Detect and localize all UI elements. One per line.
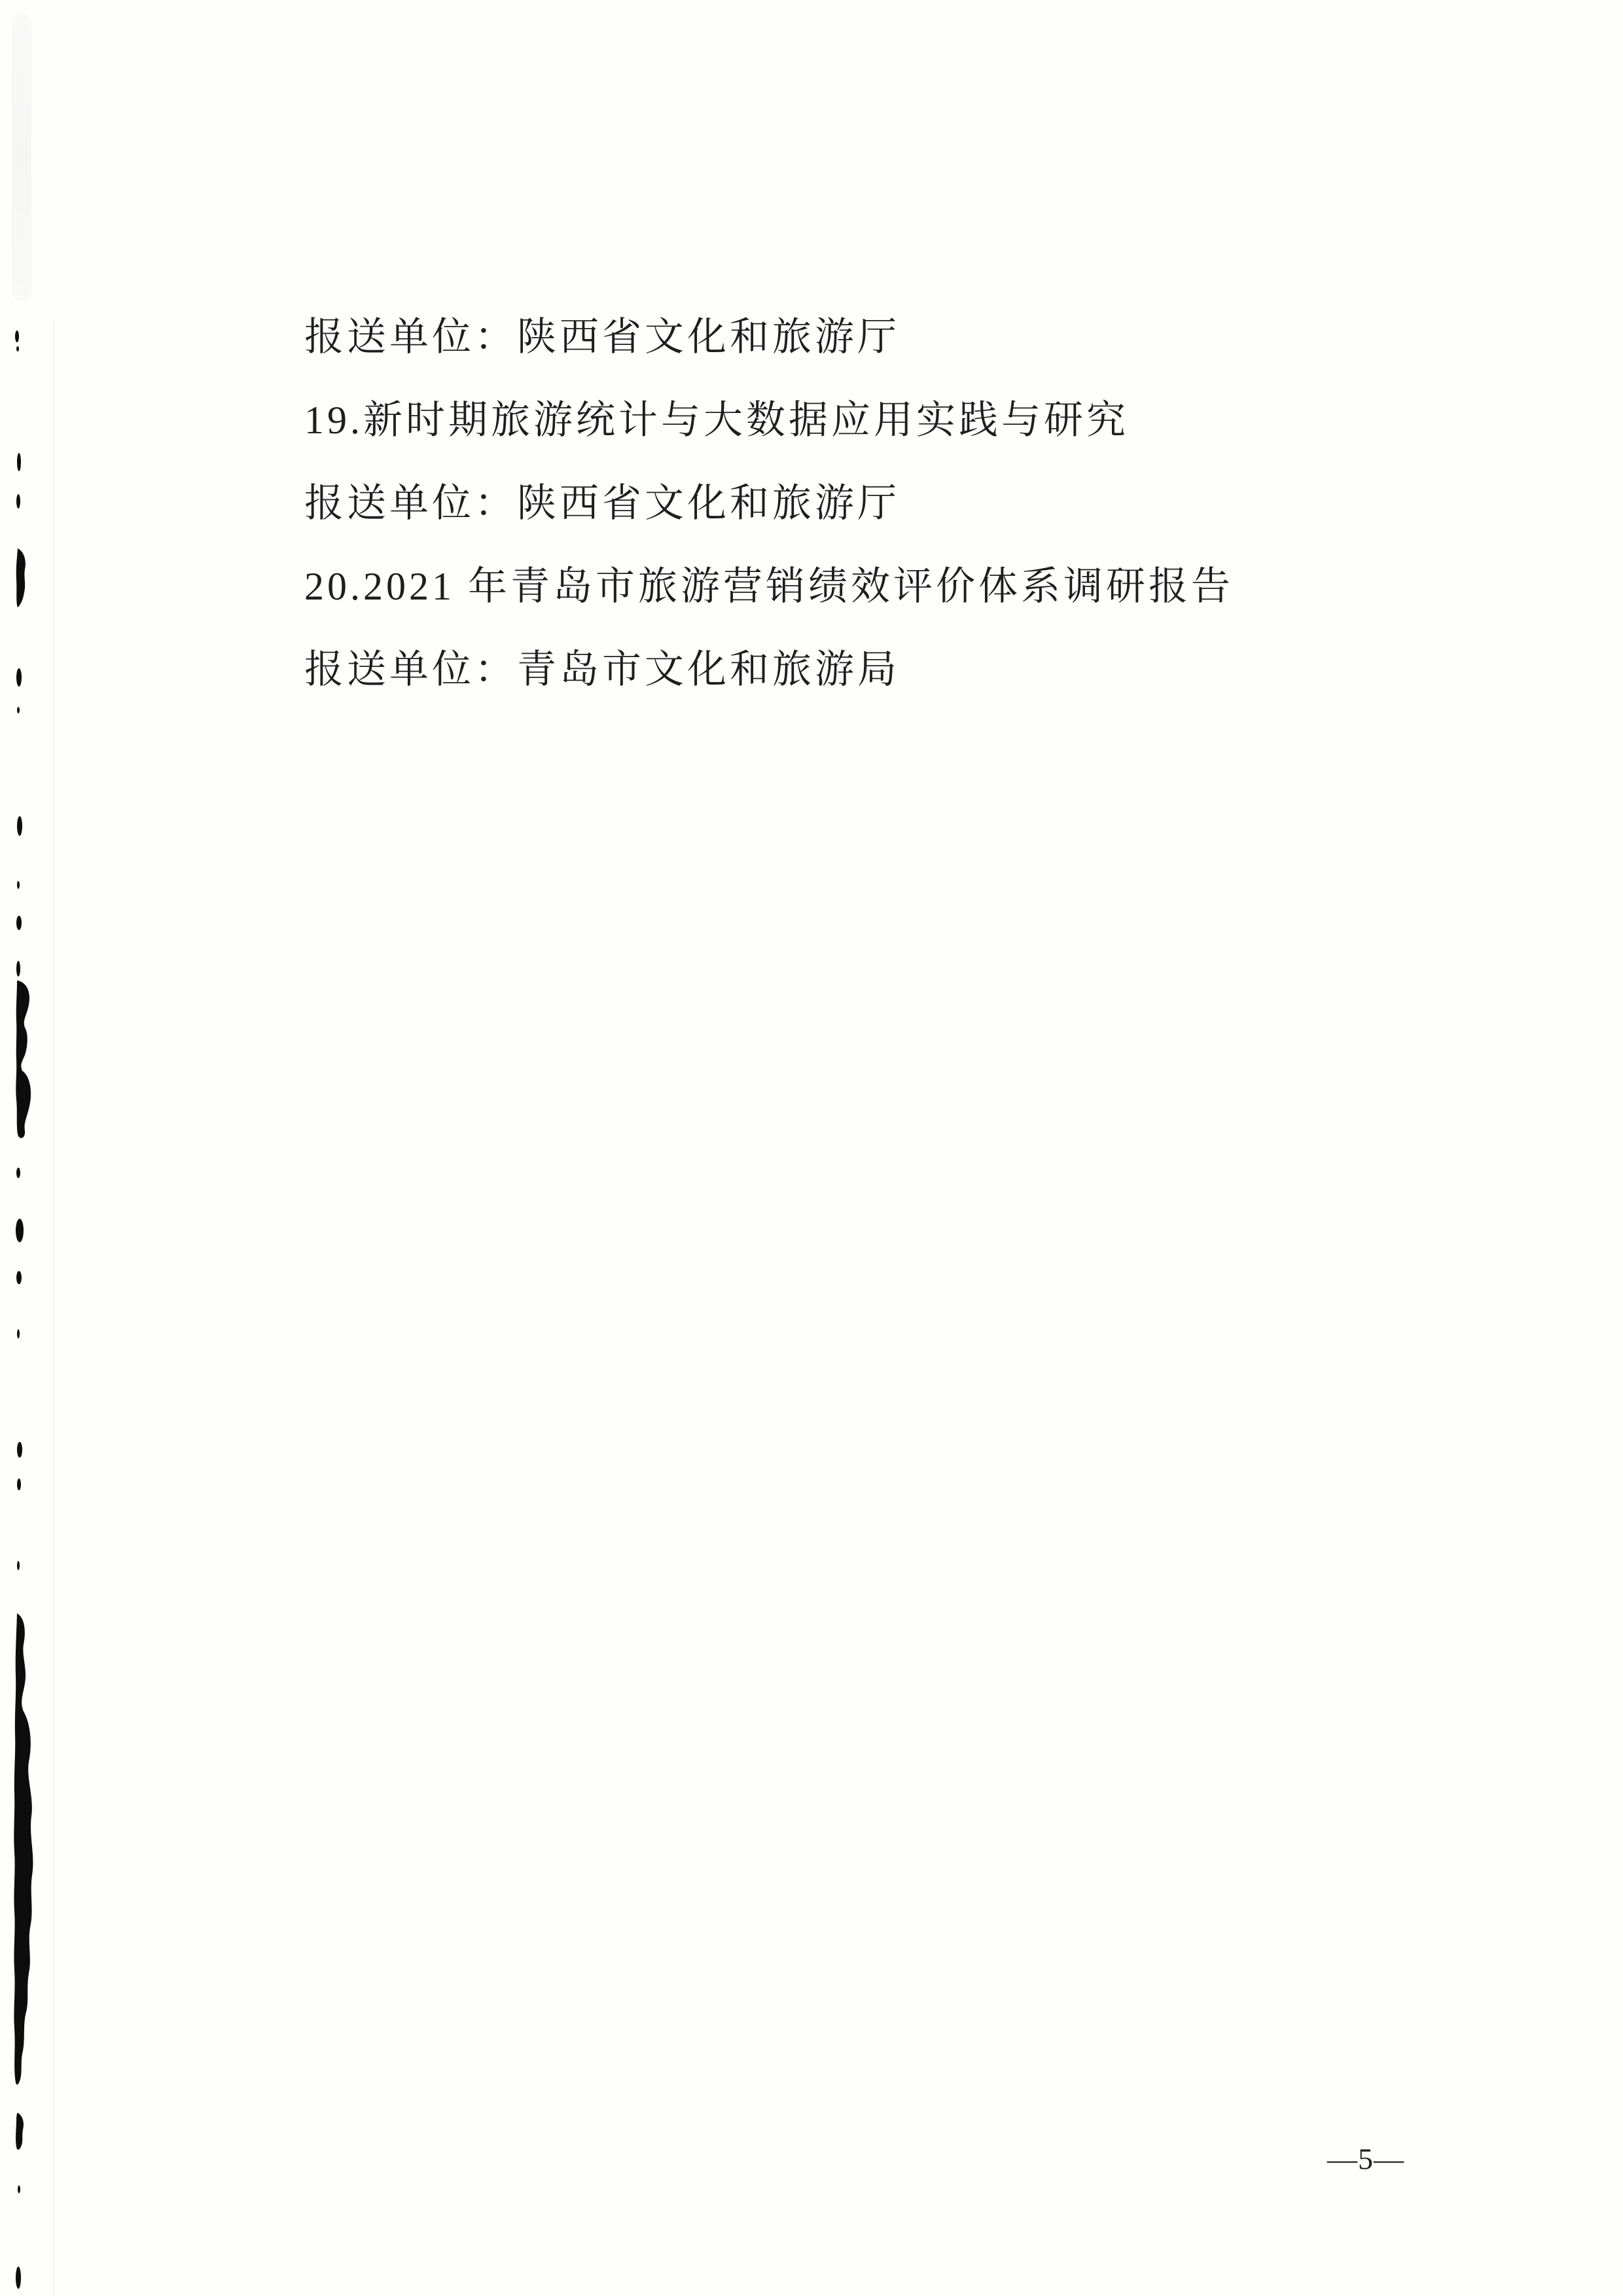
text-line-submit-unit-3: 报送单位：青岛市文化和旅游局: [304, 628, 1384, 711]
scanner-smudge: [12, 13, 31, 301]
text-line-submit-unit-2: 报送单位：陕西省文化和旅游厅: [304, 462, 1384, 545]
paper-crease: [53, 321, 54, 2296]
document-text-block: 报送单位：陕西省文化和旅游厅 19.新时期旅游统计与大数据应用实践与研究 报送单…: [304, 296, 1384, 711]
scanned-document-page: 报送单位：陕西省文化和旅游厅 19.新时期旅游统计与大数据应用实践与研究 报送单…: [0, 0, 1623, 2296]
text-line-item-19-title: 19.新时期旅游统计与大数据应用实践与研究: [304, 379, 1384, 462]
text-line-submit-unit-1: 报送单位：陕西省文化和旅游厅: [304, 296, 1384, 379]
scan-artifact-left-edge: [0, 0, 72, 2296]
page-number: —5—: [1327, 2142, 1404, 2176]
text-line-item-20-title: 20.2021 年青岛市旅游营销绩效评价体系调研报告: [304, 545, 1384, 628]
